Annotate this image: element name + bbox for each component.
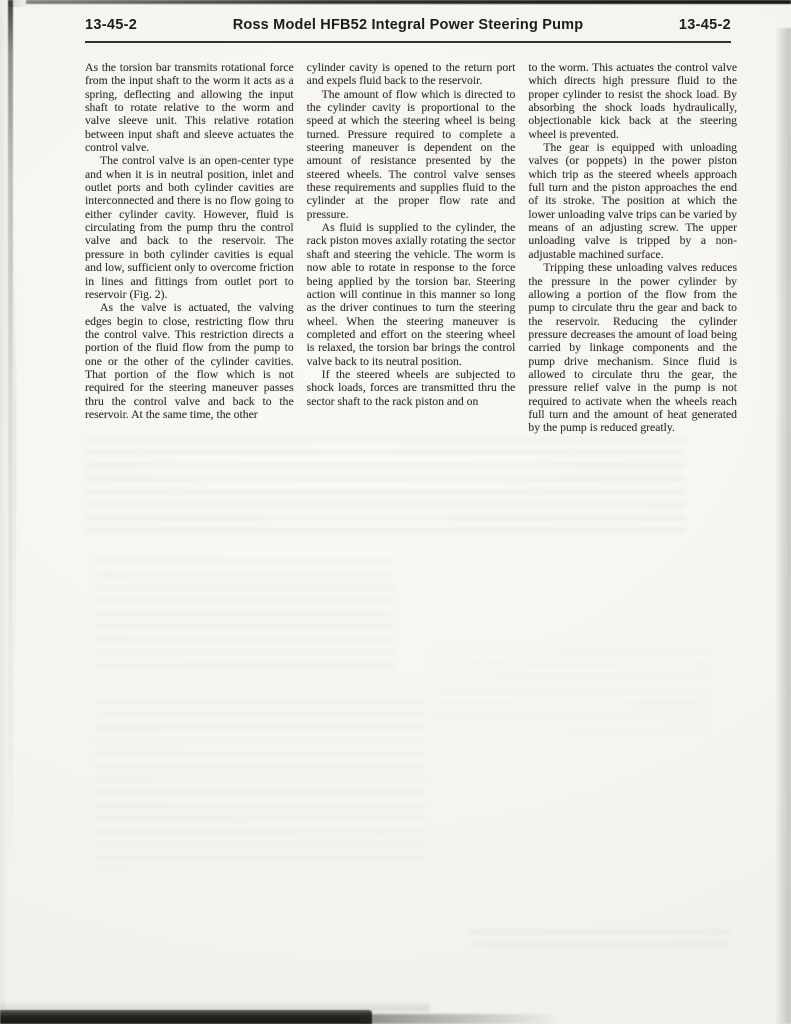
paragraph: If the steered wheels are subjected to s… xyxy=(307,368,516,408)
paragraph: As fluid is supplied to the cylinder, th… xyxy=(307,221,516,368)
paragraph: As the torsion bar transmits rotational … xyxy=(85,61,294,154)
scan-edge-bottom-fade xyxy=(360,1014,560,1024)
scan-edge-bottom xyxy=(0,1010,372,1024)
paragraph: The amount of flow which is directed to … xyxy=(307,88,516,221)
text-column-3: to the worm. This actuates the control v… xyxy=(528,61,737,435)
paragraph: cylinder cavity is opened to the return … xyxy=(307,61,516,88)
body-text-columns: As the torsion bar transmits rotational … xyxy=(85,61,737,435)
page-header: 13-45-2 Ross Model HFB52 Integral Power … xyxy=(85,17,731,39)
header-rule xyxy=(85,41,731,43)
bleedthrough-smudge xyxy=(95,560,395,670)
bleedthrough-smudge xyxy=(95,700,425,870)
paragraph: The control valve is an open-center type… xyxy=(85,154,294,301)
bleedthrough-smudge xyxy=(85,438,685,534)
scanned-manual-page: 13-45-2 Ross Model HFB52 Integral Power … xyxy=(0,0,791,1024)
text-column-1: As the torsion bar transmits rotational … xyxy=(85,61,294,435)
paragraph: As the valve is actuated, the valving ed… xyxy=(85,301,294,421)
page-edge-shadow-right xyxy=(775,28,791,1024)
book-gutter-shadow xyxy=(8,0,13,880)
book-gutter-shadow-faint xyxy=(14,260,16,680)
paragraph: to the worm. This actuates the control v… xyxy=(528,61,737,141)
bleedthrough-smudge xyxy=(430,650,710,730)
paragraph: Tripping these unloading valves reduces … xyxy=(528,261,737,434)
scan-edge-top xyxy=(26,0,791,4)
bleedthrough-smudge xyxy=(470,930,730,956)
page-edge-left-paper xyxy=(0,0,8,1024)
header-section-code-right: 13-45-2 xyxy=(679,17,731,33)
paragraph: The gear is equipped with unloading valv… xyxy=(528,141,737,261)
page-title: Ross Model HFB52 Integral Power Steering… xyxy=(85,17,731,33)
text-column-2: cylinder cavity is opened to the return … xyxy=(307,61,516,435)
